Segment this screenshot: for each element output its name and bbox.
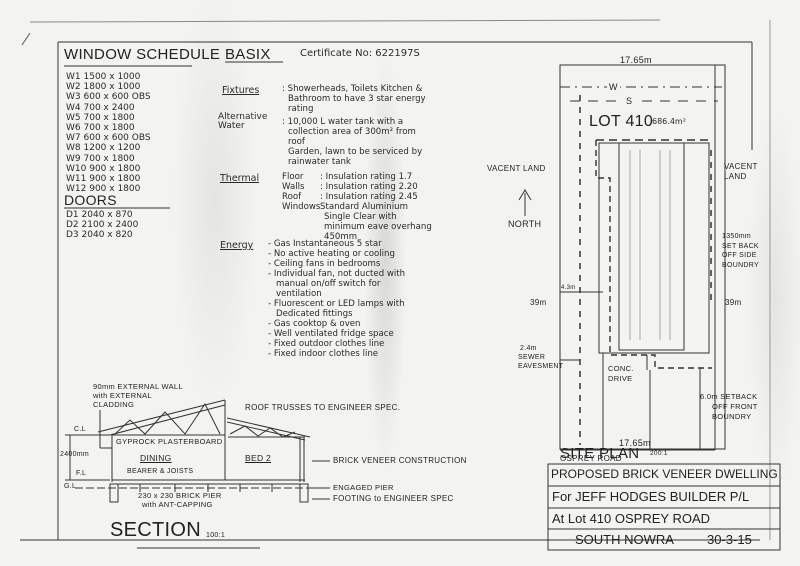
window-row: W9 700 x 1800 <box>66 154 151 164</box>
ceiling-height: 2400mm <box>60 451 89 458</box>
title-project: PROPOSED BRICK VENEER DWELLING <box>551 467 778 481</box>
sewer-line-label: S <box>624 96 634 106</box>
window-list: W1 1500 x 1000 W2 1800 x 1000 W3 600 x 6… <box>66 72 151 194</box>
site-plan-title: SITE PLAN <box>560 445 639 462</box>
title-address: At Lot 410 OSPREY ROAD <box>552 511 710 526</box>
basix-heading: BASIX <box>225 46 271 63</box>
window-row: W7 600 x 600 OBS <box>66 133 151 143</box>
room-bed2: BED 2 <box>245 453 271 463</box>
site-top-width: 17.65m <box>620 55 652 65</box>
fixtures-text: : Showerheads, Toilets Kitchen & Bathroo… <box>282 84 426 114</box>
doors-heading: DOORS <box>64 192 117 208</box>
energy-label: Energy <box>220 240 253 251</box>
depth-right: 39m <box>725 298 741 307</box>
engaged-pier-note: ENGAGED PIER <box>333 483 394 492</box>
brick-veneer-note: BRICK VENEER CONSTRUCTION <box>333 456 467 465</box>
energy-list: - Gas Instantaneous 5 star - No active h… <box>268 239 405 359</box>
window-row: W3 600 x 600 OBS <box>66 92 151 102</box>
alt-water-label: Alternative Water <box>218 113 267 131</box>
window-schedule-heading: WINDOW SCHEDULE <box>64 46 220 63</box>
gyprock-note: GYPROCK PLASTERBOARD <box>116 437 222 446</box>
depth-left: 39m <box>530 298 546 307</box>
fixtures-label: Fixtures <box>222 85 259 96</box>
window-row: W5 700 x 1800 <box>66 113 151 123</box>
section-title: SECTION <box>110 519 201 542</box>
north-label: NORTH <box>508 219 541 229</box>
window-row: W2 1800 x 1000 <box>66 82 151 92</box>
concrete-drive-label: CONC. DRIVE <box>608 364 634 384</box>
door-row: D3 2040 x 820 <box>66 230 138 240</box>
title-client: For JEFF HODGES BUILDER P/L <box>552 489 749 504</box>
sewer-easement-note: 2.4m SEWER EAVESMENT <box>518 344 563 371</box>
window-row: W11 900 x 1800 <box>66 174 151 184</box>
vacant-land-right: VACENT LAND <box>724 162 758 182</box>
front-setback-note: 6.0m SETBACK OFF FRONT BOUNDRY <box>700 392 758 422</box>
window-row: W10 900 x 1800 <box>66 164 151 174</box>
small-dimension: 4.3m <box>561 285 576 291</box>
floor-level: F.L <box>76 470 86 477</box>
door-row: D2 2100 x 2400 <box>66 220 138 230</box>
external-wall-note: 90mm EXTERNAL WALL with EXTERNAL CLADDIN… <box>93 382 183 409</box>
bearer-note: BEARER & JOISTS <box>127 468 193 475</box>
ceiling-level: C.L <box>74 426 86 433</box>
alt-water-text: : 10,000 L water tank with a collection … <box>282 117 422 167</box>
footing-note: FOOTING to ENGINEER SPEC <box>333 494 454 503</box>
roof-trusses-note: ROOF TRUSSES TO ENGINEER SPEC. <box>245 403 400 412</box>
side-setback-note: 1350mm SET BACK OFF SIDE BOUNDRY <box>722 232 759 270</box>
vacant-land-left: VACENT LAND <box>487 164 546 173</box>
thermal-table: Floor: Insulation rating 1.7 Walls: Insu… <box>282 172 432 242</box>
basix-certificate: Certificate No: 622197S <box>300 48 420 59</box>
water-line-label: W <box>607 82 620 92</box>
thermal-label: Thermal <box>220 173 259 184</box>
lot-area: 686.4m² <box>652 117 686 126</box>
room-dining: DINING <box>140 453 172 463</box>
brick-pier-note: 230 x 230 BRICK PIER with ANT-CAPPING <box>138 491 222 509</box>
window-row: W8 1200 x 1200 <box>66 143 151 153</box>
site-plan-scale: 200:1 <box>650 450 668 457</box>
door-row: D1 2040 x 870 <box>66 210 138 220</box>
section-scale: 100:1 <box>206 532 225 539</box>
window-row: W4 700 x 2400 <box>66 103 151 113</box>
title-suburb: SOUTH NOWRA <box>575 532 674 547</box>
window-row: W1 1500 x 1000 <box>66 72 151 82</box>
door-list: D1 2040 x 870 D2 2100 x 2400 D3 2040 x 8… <box>66 210 138 241</box>
title-date: 30-3-15 <box>707 532 752 547</box>
ground-level: G.L <box>64 483 76 490</box>
lot-number: LOT 410 <box>589 113 653 131</box>
north-arrow-icon <box>520 190 530 216</box>
window-row: W6 700 x 1800 <box>66 123 151 133</box>
